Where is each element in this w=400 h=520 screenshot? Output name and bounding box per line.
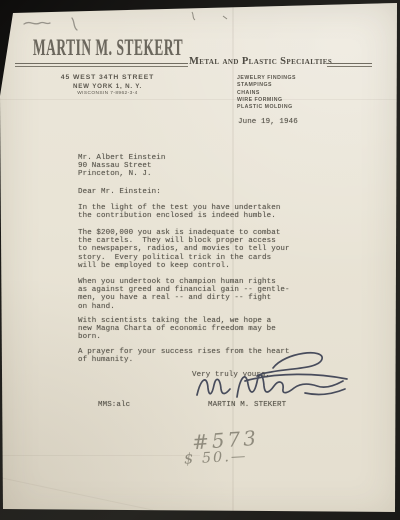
- letterhead-services-list: JEWELRY FINDINGS STAMPINGS CHAINS WIRE F…: [237, 75, 296, 111]
- paper-crease-horizontal-bottom: [0, 455, 200, 456]
- letter-paragraph-1: In the light of the test you have undert…: [78, 204, 280, 220]
- pencil-scribble-marks: [20, 10, 280, 36]
- service-item: CHAINS: [237, 90, 296, 97]
- letterhead-address-block: 45 WEST 34TH STREET NEW YORK 1, N. Y. WI…: [40, 74, 175, 97]
- letter-paragraph-3: When you undertook to champion human rig…: [78, 278, 290, 311]
- letterhead-city: NEW YORK 1, N. Y.: [40, 83, 175, 91]
- typist-reference: MMS:alc: [98, 401, 130, 409]
- letter-date: June 19, 1946: [238, 118, 298, 126]
- service-item: WIRE FORMING: [237, 97, 296, 104]
- letterhead-rule-right: [327, 63, 372, 67]
- paper-crease-horizontal-top: [0, 99, 400, 100]
- letter-paragraph-4: With scientists taking the lead, we hope…: [78, 317, 276, 342]
- pencil-price: $ 50.—: [184, 448, 248, 467]
- scan-background: { "letterhead": { "company_name": "MARTI…: [0, 0, 400, 520]
- service-item: STAMPINGS: [237, 82, 296, 89]
- letterhead-phone: WISCONSIN 7-8962-3-4: [40, 90, 175, 97]
- letter-paper: MARTIN M. STEKERT Metal and Plastic Spec…: [0, 0, 400, 520]
- letterhead-street: 45 WEST 34TH STREET: [40, 74, 175, 83]
- letterhead-tagline: Metal and Plastic Specialties: [189, 56, 332, 67]
- letter-paragraph-2: The $200,000 you ask is inadequate to co…: [78, 229, 290, 270]
- signature-typed-name: MARTIN M. STEKERT: [208, 401, 286, 409]
- recipient-address: Mr. Albert Einstein 90 Nassau Street Pri…: [78, 154, 165, 179]
- salutation: Dear Mr. Einstein:: [78, 188, 161, 196]
- letterhead-company-name: MARTIN M. STEKERT: [33, 35, 183, 61]
- service-item: PLASTIC MOLDING: [237, 104, 296, 111]
- letterhead-rule-left: [15, 63, 188, 67]
- service-item: JEWELRY FINDINGS: [237, 75, 296, 82]
- paper-crease-diagonal: [0, 474, 153, 510]
